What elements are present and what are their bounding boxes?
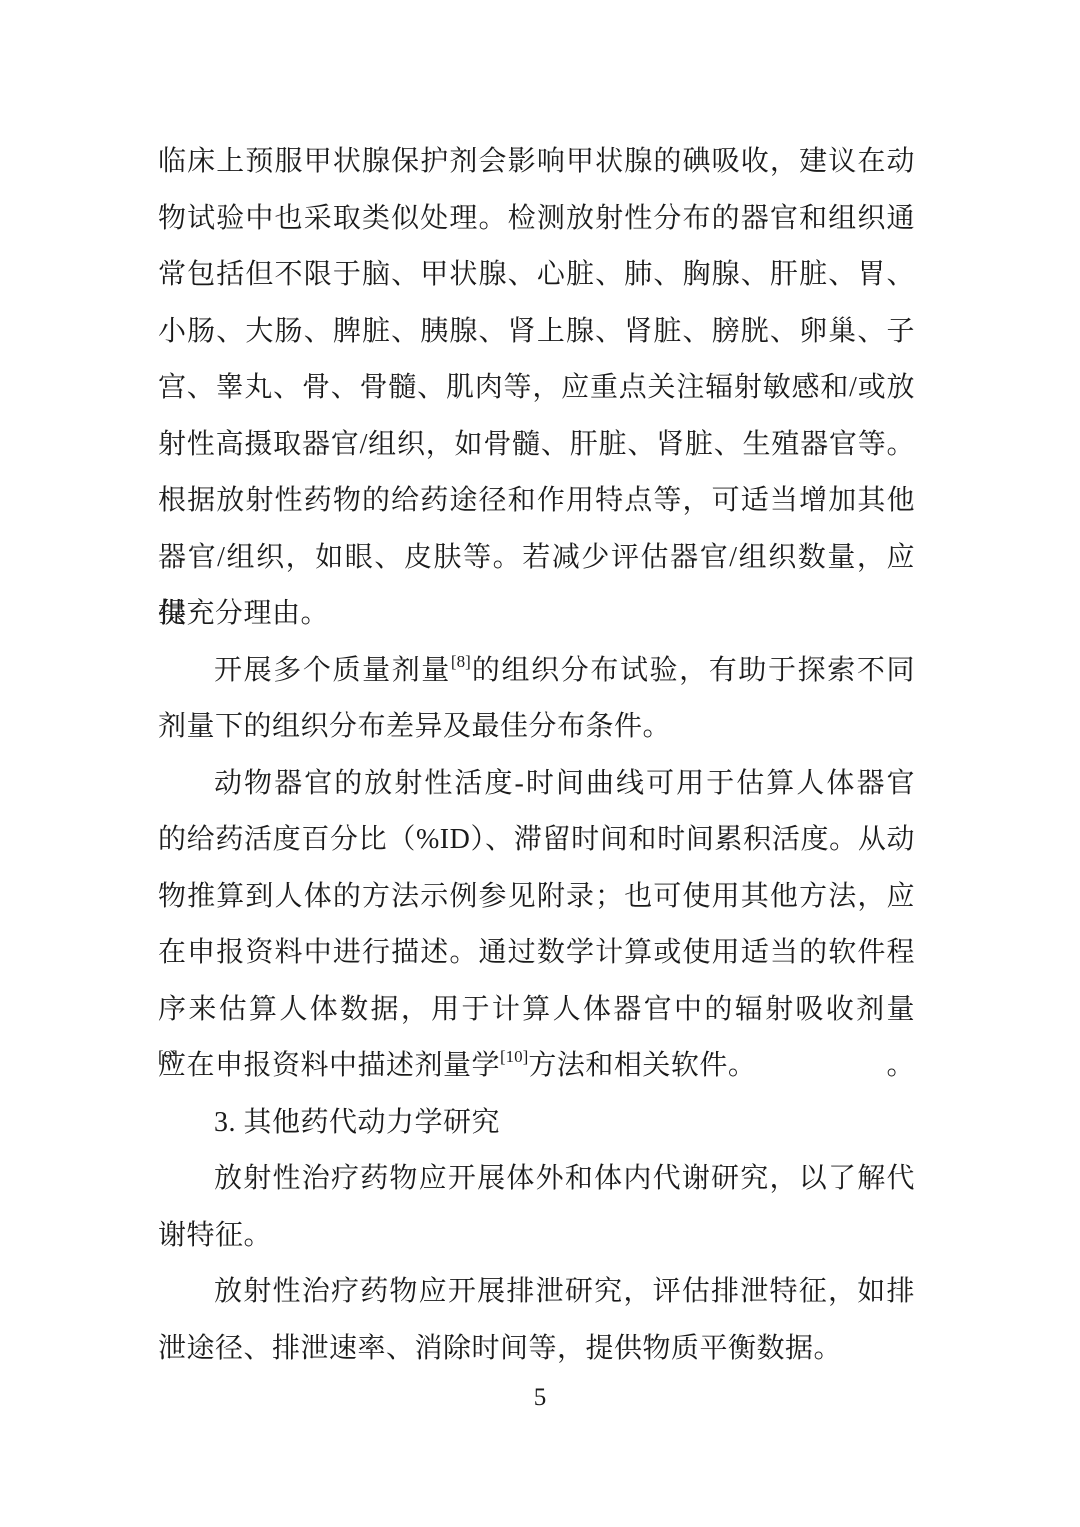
text-run: 根据放射性药物的给药途径和作用特点等，可适当增加其他 — [158, 485, 915, 516]
text-run: 谢特征。 — [158, 1220, 272, 1251]
text-run: 放射性治疗药物应开展排泄研究，评估排泄特征，如排 — [214, 1276, 915, 1307]
text-line: 泄途径、排泄速率、消除时间等，提供物质平衡数据。 — [158, 1321, 915, 1378]
section-heading: 3. 其他药代动力学研究 — [158, 1095, 915, 1152]
page-footer: 5 — [0, 1384, 1080, 1412]
text-run: 动物器官的放射性活度-时间曲线可用于估算人体器官 — [214, 768, 915, 799]
text-line: 物推算到人体的方法示例参见附录；也可使用其他方法，应 — [158, 869, 915, 926]
text-run: 常包括但不限于脑、甲状腺、心脏、肺、胸腺、肝脏、胃、 — [158, 259, 915, 290]
text-line: 在申报资料中进行描述。通过数学计算或使用适当的软件程 — [158, 925, 915, 982]
text-run: 供充分理由。 — [158, 598, 329, 629]
text-run: 物推算到人体的方法示例参见附录；也可使用其他方法，应 — [158, 881, 915, 912]
footnote-ref: [8] — [451, 652, 471, 671]
text-run: 小肠、大肠、脾脏、胰腺、肾上腺、肾脏、膀胱、卵巢、子 — [158, 316, 915, 347]
text-run: 3. 其他药代动力学研究 — [214, 1107, 500, 1138]
text-line: 射性高摄取器官/组织，如骨髓、肝脏、肾脏、生殖器官等。 — [158, 417, 915, 474]
text-line: 常包括但不限于脑、甲状腺、心脏、肺、胸腺、肝脏、胃、 — [158, 247, 915, 304]
text-run: 应在申报资料中描述剂量学 — [158, 1050, 500, 1081]
document-page: 临床上预服甲状腺保护剂会影响甲状腺的碘吸收，建议在动物试验中也采取类似处理。检测… — [0, 0, 1080, 1527]
text-line: 器官/组织，如眼、皮肤等。若减少评估器官/组织数量，应提 — [158, 530, 915, 587]
text-run: 剂量下的组织分布差异及最佳分布条件。 — [158, 711, 671, 742]
text-run: 物试验中也采取类似处理。检测放射性分布的器官和组织通 — [158, 203, 915, 234]
text-line: 放射性治疗药物应开展体外和体内代谢研究，以了解代 — [158, 1151, 915, 1208]
text-run: 的组织分布试验，有助于探索不同 — [471, 655, 915, 686]
text-run: 序来估算人体数据，用于计算人体器官中的辐射吸收剂量 — [158, 994, 915, 1025]
text-line: 开展多个质量剂量[8]的组织分布试验，有助于探索不同 — [158, 643, 915, 700]
text-line: 的给药活度百分比（%ID）、滞留时间和时间累积活度。从动 — [158, 812, 915, 869]
text-run: 宫、睾丸、骨、骨髓、肌肉等，应重点关注辐射敏感和/或放 — [158, 372, 915, 403]
text-line: 临床上预服甲状腺保护剂会影响甲状腺的碘吸收，建议在动 — [158, 134, 915, 191]
text-line: 谢特征。 — [158, 1208, 915, 1265]
text-run: 的给药活度百分比（%ID）、滞留时间和时间累积活度。从动 — [158, 824, 915, 855]
text-run: 射性高摄取器官/组织，如骨髓、肝脏、肾脏、生殖器官等。 — [158, 429, 915, 460]
footnote-ref: [10] — [500, 1047, 528, 1066]
text-line: 根据放射性药物的给药途径和作用特点等，可适当增加其他 — [158, 473, 915, 530]
text-line: 动物器官的放射性活度-时间曲线可用于估算人体器官 — [158, 756, 915, 813]
text-line: 放射性治疗药物应开展排泄研究，评估排泄特征，如排 — [158, 1264, 915, 1321]
text-run: 临床上预服甲状腺保护剂会影响甲状腺的碘吸收，建议在动 — [158, 146, 915, 177]
page-number: 5 — [534, 1384, 547, 1411]
text-line: 供充分理由。 — [158, 586, 915, 643]
text-block: 临床上预服甲状腺保护剂会影响甲状腺的碘吸收，建议在动物试验中也采取类似处理。检测… — [158, 134, 915, 1377]
text-line: 小肠、大肠、脾脏、胰腺、肾上腺、肾脏、膀胱、卵巢、子 — [158, 304, 915, 361]
text-line: 宫、睾丸、骨、骨髓、肌肉等，应重点关注辐射敏感和/或放 — [158, 360, 915, 417]
text-run: 放射性治疗药物应开展体外和体内代谢研究，以了解代 — [214, 1163, 915, 1194]
text-line: 物试验中也采取类似处理。检测放射性分布的器官和组织通 — [158, 191, 915, 248]
text-line: 剂量下的组织分布差异及最佳分布条件。 — [158, 699, 915, 756]
text-line: 序来估算人体数据，用于计算人体器官中的辐射吸收剂量[9]。 — [158, 982, 915, 1039]
text-run: 在申报资料中进行描述。通过数学计算或使用适当的软件程 — [158, 937, 915, 968]
text-run: 开展多个质量剂量 — [214, 655, 451, 686]
text-run: 方法和相关软件。 — [528, 1050, 756, 1081]
text-run: 泄途径、排泄速率、消除时间等，提供物质平衡数据。 — [158, 1333, 842, 1364]
